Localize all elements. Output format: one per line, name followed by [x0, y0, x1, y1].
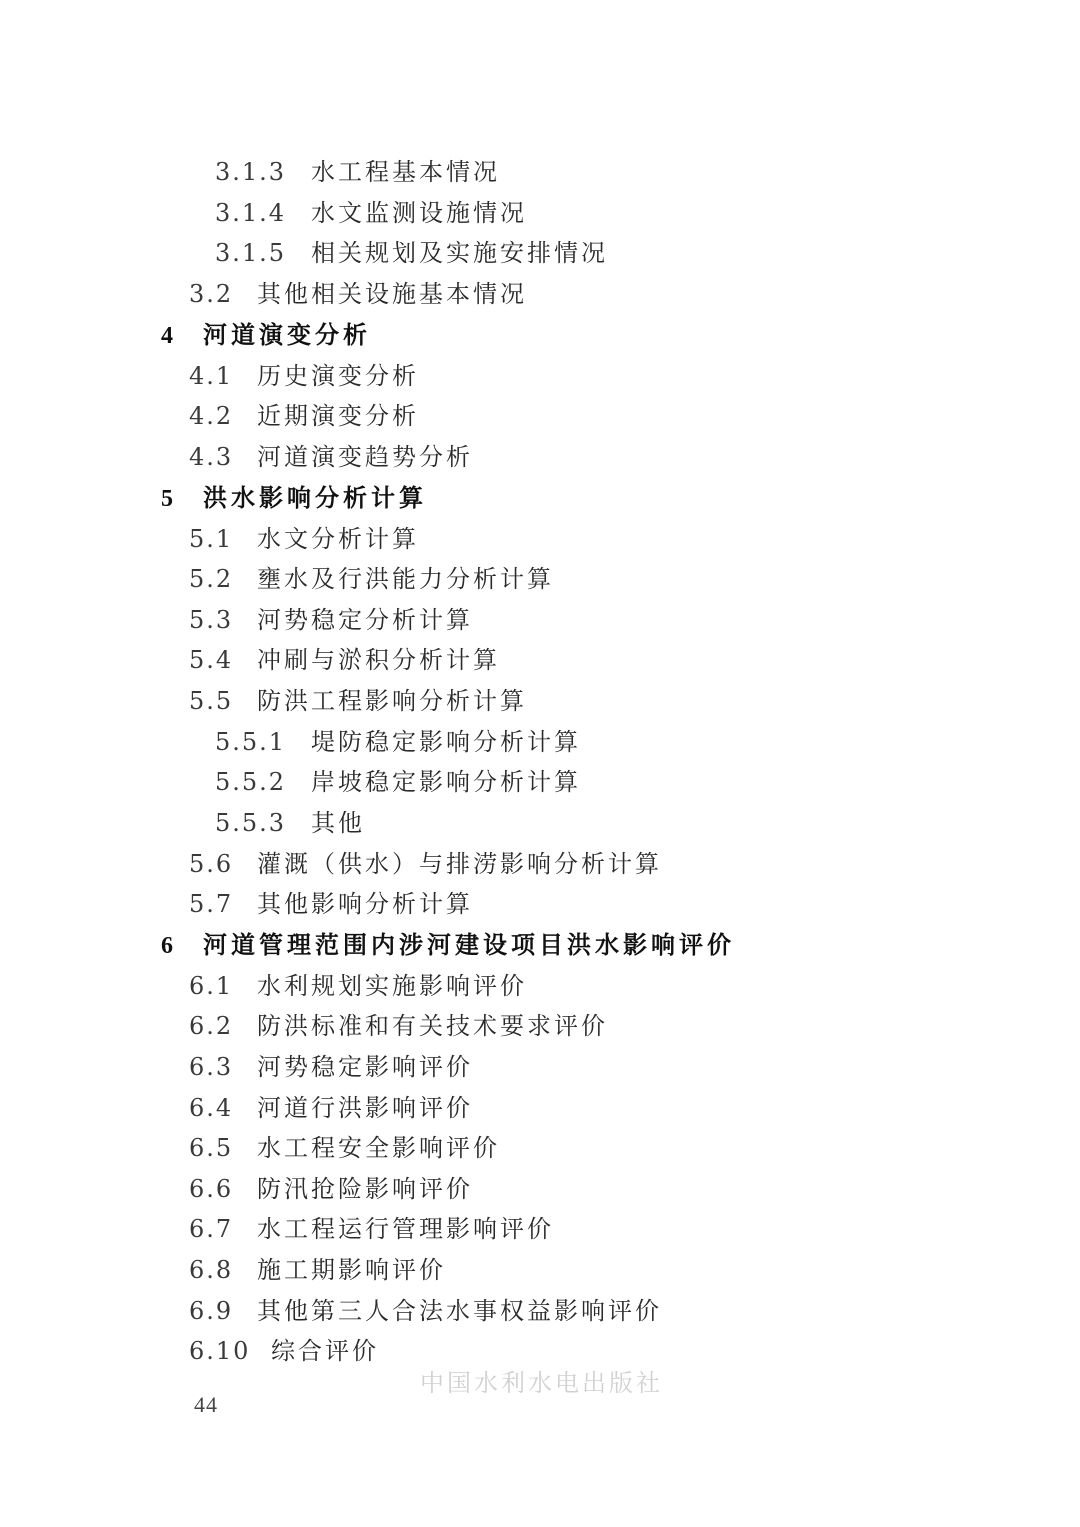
toc-entry-4-2[interactable]: 4.2近期演变分析 [189, 396, 419, 436]
toc-entry-3-1-5[interactable]: 3.1.5相关规划及实施安排情况 [215, 233, 608, 273]
entry-title: 水文分析计算 [257, 519, 419, 559]
entry-title: 施工期影响评价 [257, 1250, 446, 1290]
chapter-title: 洪水影响分析计算 [203, 478, 427, 518]
entry-number: 3.1.5 [215, 233, 311, 273]
toc-entry-6-2[interactable]: 6.2防洪标准和有关技术要求评价 [189, 1006, 608, 1046]
toc-entry-6-7[interactable]: 6.7水工程运行管理影响评价 [189, 1209, 554, 1249]
toc-chapter-4[interactable]: 4河道演变分析 [161, 315, 371, 355]
entry-number: 6.1 [189, 966, 257, 1006]
entry-number: 5.3 [189, 600, 257, 640]
toc-entry-6-8[interactable]: 6.8施工期影响评价 [189, 1250, 446, 1290]
entry-title: 河势稳定影响评价 [257, 1047, 473, 1087]
entry-number: 6.8 [189, 1250, 257, 1290]
entry-title: 河势稳定分析计算 [257, 600, 473, 640]
entry-title: 其他 [311, 803, 365, 843]
entry-title: 防汛抢险影响评价 [257, 1169, 473, 1209]
toc-entry-6-5[interactable]: 6.5水工程安全影响评价 [189, 1128, 500, 1168]
entry-number: 6.7 [189, 1209, 257, 1249]
entry-number: 5.7 [189, 884, 257, 924]
toc-entry-5-5-3[interactable]: 5.5.3其他 [215, 803, 365, 843]
entry-title: 防洪工程影响分析计算 [257, 681, 527, 721]
toc-entry-3-2[interactable]: 3.2其他相关设施基本情况 [189, 274, 527, 314]
entry-number: 5.6 [189, 844, 257, 884]
entry-title: 冲刷与淤积分析计算 [257, 640, 500, 680]
chapter-number: 4 [161, 316, 203, 356]
toc-chapter-6[interactable]: 6河道管理范围内涉河建设项目洪水影响评价 [161, 925, 735, 965]
entry-number: 5.5.2 [215, 762, 311, 802]
publisher-watermark: 中国水利水电出版社 [420, 1363, 663, 1398]
entry-number: 4.1 [189, 356, 257, 396]
toc-entry-6-10[interactable]: 6.10综合评价 [189, 1331, 379, 1371]
entry-number: 4.2 [189, 396, 257, 436]
entry-number: 5.5 [189, 681, 257, 721]
toc-entry-5-5[interactable]: 5.5防洪工程影响分析计算 [189, 681, 527, 721]
entry-number: 3.1.3 [215, 152, 311, 192]
entry-title: 水利规划实施影响评价 [257, 966, 527, 1006]
entry-number: 6.3 [189, 1047, 257, 1087]
toc-entry-6-6[interactable]: 6.6防汛抢险影响评价 [189, 1169, 473, 1209]
entry-number: 6.2 [189, 1006, 257, 1046]
entry-number: 5.4 [189, 640, 257, 680]
chapter-title: 河道演变分析 [203, 315, 371, 355]
chapter-number: 5 [161, 479, 203, 519]
entry-title: 水工程基本情况 [311, 152, 500, 192]
entry-title: 灌溉（供水）与排涝影响分析计算 [257, 844, 662, 884]
entry-number: 5.1 [189, 519, 257, 559]
entry-number: 6.10 [189, 1331, 271, 1371]
toc-entry-6-1[interactable]: 6.1水利规划实施影响评价 [189, 966, 527, 1006]
entry-title: 堤防稳定影响分析计算 [311, 722, 581, 762]
entry-title: 河道行洪影响评价 [257, 1088, 473, 1128]
entry-title: 综合评价 [271, 1331, 379, 1371]
entry-title: 水工程安全影响评价 [257, 1128, 500, 1168]
toc-entry-5-7[interactable]: 5.7其他影响分析计算 [189, 884, 473, 924]
toc-entry-5-3[interactable]: 5.3河势稳定分析计算 [189, 600, 473, 640]
toc-entry-5-5-1[interactable]: 5.5.1堤防稳定影响分析计算 [215, 722, 581, 762]
entry-number: 5.5.3 [215, 803, 311, 843]
entry-number: 6.9 [189, 1291, 257, 1331]
toc-entry-5-4[interactable]: 5.4冲刷与淤积分析计算 [189, 640, 500, 680]
entry-title: 岸坡稳定影响分析计算 [311, 762, 581, 802]
toc-entry-3-1-3[interactable]: 3.1.3水工程基本情况 [215, 152, 500, 192]
toc-entry-4-3[interactable]: 4.3河道演变趋势分析 [189, 437, 473, 477]
toc-entry-5-6[interactable]: 5.6灌溉（供水）与排涝影响分析计算 [189, 844, 662, 884]
entry-title: 水工程运行管理影响评价 [257, 1209, 554, 1249]
entry-number: 3.1.4 [215, 193, 311, 233]
entry-title: 壅水及行洪能力分析计算 [257, 559, 554, 599]
entry-title: 近期演变分析 [257, 396, 419, 436]
entry-number: 6.5 [189, 1128, 257, 1168]
entry-number: 5.5.1 [215, 722, 311, 762]
toc-entry-4-1[interactable]: 4.1历史演变分析 [189, 356, 419, 396]
toc-entry-5-2[interactable]: 5.2壅水及行洪能力分析计算 [189, 559, 554, 599]
toc-chapter-5[interactable]: 5洪水影响分析计算 [161, 478, 427, 518]
entry-number: 3.2 [189, 274, 257, 314]
entry-title: 防洪标准和有关技术要求评价 [257, 1006, 608, 1046]
entry-title: 河道演变趋势分析 [257, 437, 473, 477]
entry-title: 相关规划及实施安排情况 [311, 233, 608, 273]
chapter-number: 6 [161, 926, 203, 966]
toc-entry-6-9[interactable]: 6.9其他第三人合法水事权益影响评价 [189, 1291, 662, 1331]
entry-title: 其他影响分析计算 [257, 884, 473, 924]
chapter-title: 河道管理范围内涉河建设项目洪水影响评价 [203, 925, 735, 965]
toc-entry-6-3[interactable]: 6.3河势稳定影响评价 [189, 1047, 473, 1087]
entry-number: 6.4 [189, 1088, 257, 1128]
entry-number: 6.6 [189, 1169, 257, 1209]
toc-entry-3-1-4[interactable]: 3.1.4水文监测设施情况 [215, 193, 527, 233]
entry-number: 5.2 [189, 559, 257, 599]
entry-title: 历史演变分析 [257, 356, 419, 396]
entry-title: 其他相关设施基本情况 [257, 274, 527, 314]
toc-entry-5-5-2[interactable]: 5.5.2岸坡稳定影响分析计算 [215, 762, 581, 802]
entry-title: 其他第三人合法水事权益影响评价 [257, 1291, 662, 1331]
toc-entry-6-4[interactable]: 6.4河道行洪影响评价 [189, 1088, 473, 1128]
entry-title: 水文监测设施情况 [311, 193, 527, 233]
entry-number: 4.3 [189, 437, 257, 477]
toc-entry-5-1[interactable]: 5.1水文分析计算 [189, 519, 419, 559]
page-number: 44 [194, 1392, 218, 1418]
